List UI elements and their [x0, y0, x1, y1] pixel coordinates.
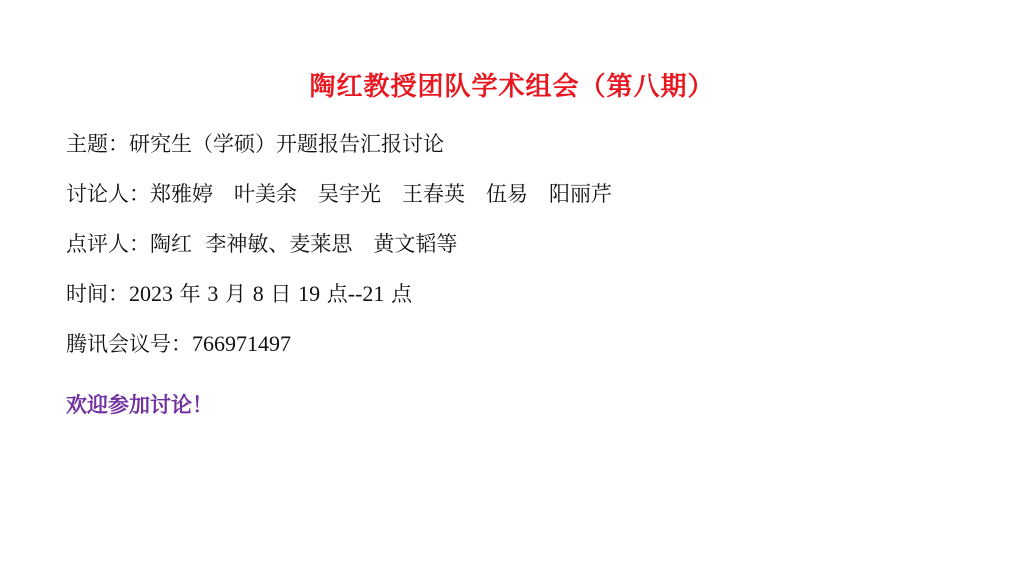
reviewers-value: 陶红 李神敏、麦莱思 黄文韬等 — [150, 232, 457, 256]
welcome-text: 欢迎参加讨论！ — [66, 389, 213, 419]
time-start: 19 — [298, 281, 320, 306]
discussants-label: 讨论人： — [66, 182, 150, 206]
time-year: 2023 — [129, 281, 173, 306]
reviewers-label: 点评人： — [66, 232, 150, 256]
time-sep: -- — [348, 281, 363, 306]
meeting-line: 腾讯会议号：766971497 — [66, 328, 291, 358]
slide-title: 陶红教授团队学术组会（第八期） — [0, 66, 1024, 103]
discussants-line: 讨论人：郑雅婷 叶美余 吴宇光 王春英 伍易 阳丽芹 — [66, 178, 612, 208]
time-start-unit: 点 — [320, 282, 348, 306]
time-day: 8 — [253, 281, 264, 306]
meeting-id: 766971497 — [192, 331, 291, 356]
time-year-unit: 年 — [173, 282, 207, 306]
meeting-label: 腾讯会议号： — [66, 332, 192, 356]
time-end-unit: 点 — [384, 282, 412, 306]
time-month: 3 — [207, 281, 218, 306]
time-label: 时间： — [66, 282, 129, 306]
time-end: 21 — [362, 281, 384, 306]
time-month-unit: 月 — [218, 282, 252, 306]
topic-line: 主题：研究生（学硕）开题报告汇报讨论 — [66, 128, 444, 158]
time-day-unit: 日 — [264, 282, 298, 306]
time-line: 时间：2023 年 3 月 8 日 19 点--21 点 — [66, 278, 412, 308]
topic-label: 主题： — [66, 132, 129, 156]
topic-value: 研究生（学硕）开题报告汇报讨论 — [129, 132, 444, 156]
reviewers-line: 点评人：陶红 李神敏、麦莱思 黄文韬等 — [66, 228, 457, 258]
discussants-value: 郑雅婷 叶美余 吴宇光 王春英 伍易 阳丽芹 — [150, 182, 612, 206]
